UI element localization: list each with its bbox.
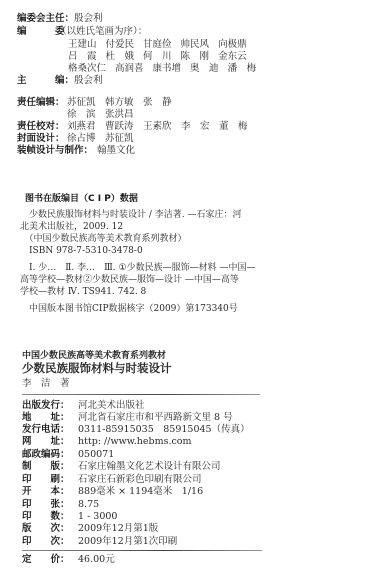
proofreaders-line: 责任校对：刘燕君 曹跃涛 王素欣 李 宏 董 梅 <box>17 121 248 133</box>
cip-heading: 图书在版编目（C I P）数据 <box>25 193 138 205</box>
editorial-members-note: （以姓氏笔画为序）： <box>57 26 147 38</box>
pub-row: 印 数：1 - 3000 <box>22 511 117 523</box>
editorial-members-line: 编 委（以姓氏笔画为序）： <box>17 26 147 38</box>
cover-design: 徐占博 苏征凯 <box>67 133 134 145</box>
cip-classification-line: Ⅰ. 少… Ⅱ. 李… Ⅲ. ①少数民族—服饰—材料 —中国— <box>20 262 255 274</box>
member: 向极鼎 <box>218 39 247 51</box>
cip-classification-line: 高等学校—教材②少数民族—服饰—设计 —中国—高等 <box>20 274 239 286</box>
pub-row: 出版发行：河北美术出版社 <box>22 400 145 412</box>
editorial-chair-line: 编委会主任：殷会利 <box>17 13 103 25</box>
editorial-chair: 殷会利 <box>74 13 103 25</box>
editorial-chair-label: 编委会主任： <box>17 13 74 25</box>
responsible-editors: 苏征凯 韩方敏 张 静 <box>67 97 172 109</box>
cip-data-number: 中国版本图书馆CIP数据核字（2009）第173340号 <box>20 303 238 315</box>
price-label: 定 价： <box>22 554 78 566</box>
cip-classification-line: 学校—教材 Ⅳ. TS941. 742. 8 <box>20 286 146 298</box>
book-title: 少数民族服饰材料与时装设计 <box>22 362 172 374</box>
member: 付爱民 <box>106 39 135 51</box>
divider-top <box>22 394 260 395</box>
pub-row: 邮政编码：050071 <box>22 449 114 461</box>
member: 康书增 <box>153 63 182 75</box>
cip-line: （中国少数民族高等美术教育系列教材） <box>20 233 187 245</box>
editorial-members-label: 编 委 <box>17 26 57 38</box>
pub-row: 印 刷：石家庄石新彩色印刷有限公司 <box>22 474 202 486</box>
proofreaders-label: 责任校对： <box>17 121 67 133</box>
pub-row: 开 本：889毫米 × 1194毫米 1/16 <box>22 486 203 498</box>
book-author: 李 洁 著 <box>22 378 70 390</box>
responsible-editors-line-2: 徐 滨 张洪昌 <box>67 109 134 121</box>
proofreaders: 刘燕君 曹跃涛 王素欣 李 宏 董 梅 <box>67 121 248 133</box>
responsible-editors-label: 责任编辑： <box>17 97 67 109</box>
member: 何 川 <box>143 51 172 63</box>
member-row-1: 王建山付爱民甘庭俭帅民风向极鼎 <box>68 39 256 51</box>
responsible-editors-line: 责任编辑：苏征凯 韩方敏 张 静 <box>17 97 172 109</box>
member: 陈 刚 <box>181 51 210 63</box>
divider-bottom <box>22 550 262 551</box>
pub-row: 制 版：石家庄翰墨文化艺术设计有限公司 <box>22 461 221 473</box>
cip-line: 北美术出版社，2009. 12 <box>20 221 123 233</box>
cover-design-line: 封面设计：徐占博 苏征凯 <box>17 133 134 145</box>
binding-design-label: 装帧设计与制作： <box>17 145 97 157</box>
cip-line: ISBN 978-7-5310-3478-0 <box>20 245 143 257</box>
member: 金东云 <box>218 51 247 63</box>
chief-editor: 殷会利 <box>74 75 103 87</box>
pub-row: 印 张：8.75 <box>22 499 99 511</box>
pub-row: 版 次：2009年12月第1版 <box>22 523 158 535</box>
binding-design-line: 装帧设计与制作：翰墨文化 <box>17 145 135 157</box>
cip-line: 少数民族服饰材料与时装设计 / 李洁著. —石家庄：河 <box>20 209 241 221</box>
member: 高润喜 <box>115 63 144 75</box>
member-row-3: 格桑次仁高润喜康书增奥 迪潘 梅 <box>68 63 265 75</box>
chief-editor-line: 主 编：殷会利 <box>17 75 103 87</box>
member: 甘庭俭 <box>143 39 172 51</box>
member: 潘 梅 <box>228 63 257 75</box>
member: 杜 娥 <box>106 51 135 63</box>
chief-editor-label: 主 编： <box>17 75 74 87</box>
member-row-2: 吕 霞杜 娥何 川陈 刚金东云 <box>68 51 256 63</box>
binding-design: 翰墨文化 <box>97 145 135 157</box>
price-row: 定 价：46.00元 <box>22 554 115 566</box>
member: 王建山 <box>68 39 97 51</box>
pub-row: 地 址：河北省石家庄市和平西路新文里 8 号 <box>22 412 233 424</box>
member: 奥 迪 <box>190 63 219 75</box>
pub-row: 网 址：http: //www.hebms.com <box>22 436 192 448</box>
price: 46.00元 <box>78 554 115 566</box>
cover-design-label: 封面设计： <box>17 133 67 145</box>
member: 吕 霞 <box>68 51 97 63</box>
member: 帅民风 <box>181 39 210 51</box>
pub-row: 发行电话：0311-85915035 85915045（传真） <box>22 424 250 436</box>
member: 格桑次仁 <box>68 63 106 75</box>
pub-row: 印 次：2009年12月第1次印刷 <box>22 536 177 548</box>
